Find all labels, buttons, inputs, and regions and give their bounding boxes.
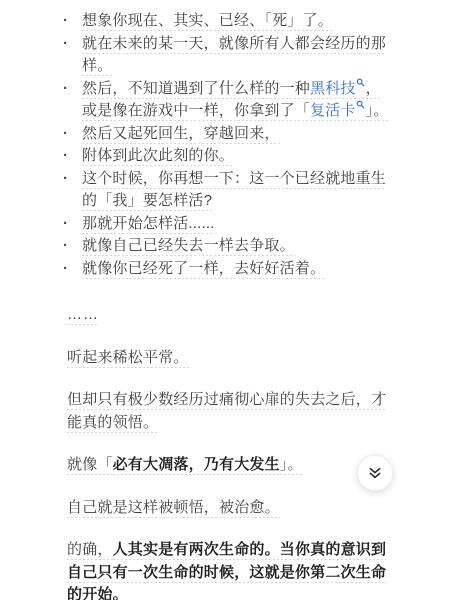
bullet-marker: · bbox=[63, 235, 68, 258]
paragraph: 自己就是这样被顿悟，被治愈。 bbox=[67, 497, 390, 520]
search-icon bbox=[356, 100, 365, 109]
text-segment: 想象你现在、其实、已经、「死」了。 bbox=[82, 12, 333, 31]
bullet-list: ·想象你现在、其实、已经、「死」了。·就在未来的某一天，就像所有人都会经历的那样… bbox=[67, 10, 390, 280]
bullet-item: ·就在未来的某一天，就像所有人都会经历的那样。 bbox=[82, 33, 390, 78]
bullet-marker: · bbox=[63, 78, 68, 101]
bullet-marker: · bbox=[63, 213, 68, 236]
bullet-marker: · bbox=[63, 258, 68, 281]
text-segment: 然后又起死回生，穿越回来， bbox=[82, 125, 280, 144]
text-segment: 听起来稀松平常。 bbox=[67, 349, 189, 368]
bullet-marker: · bbox=[63, 168, 68, 191]
text-segment: 」。 bbox=[366, 102, 389, 121]
text-segment: 但却只有极少数经历过痛彻心扉的失去之后，才能真的领悟。 bbox=[67, 391, 386, 433]
text-segment: 就像「 bbox=[67, 456, 113, 475]
bullet-marker: · bbox=[63, 10, 68, 33]
bullet-item: ·然后又起死回生，穿越回来， bbox=[82, 123, 390, 146]
scroll-to-bottom-button[interactable] bbox=[357, 455, 393, 491]
paragraph: …… bbox=[67, 304, 390, 327]
search-icon bbox=[356, 78, 365, 87]
bullet-item: ·附体到此次此刻的你。 bbox=[82, 145, 390, 168]
text-segment: 」。 bbox=[280, 456, 303, 475]
bullet-item: ·就像你已经死了一样，去好好活着。 bbox=[82, 258, 390, 281]
bullet-marker: · bbox=[63, 145, 68, 168]
text-segment: …… bbox=[67, 306, 99, 325]
bullet-item: ·想象你现在、其实、已经、「死」了。 bbox=[82, 10, 390, 33]
text-segment: 这个时候，你再想一下：这一个已经就地重生的「我」要怎样活? bbox=[82, 170, 386, 212]
text-segment: 就像自己已经失去一样去争取。 bbox=[82, 237, 295, 256]
text-segment: 自己就是这样被顿悟，被治愈。 bbox=[67, 499, 280, 518]
text-segment: 然后，不知道遇到了什么样的一种 bbox=[82, 80, 310, 99]
text-segment: 必有大凋落，乃有大发生 bbox=[113, 456, 280, 475]
paragraph: 的确，人其实是有两次生命的。当你真的意识到自己只有一次生命的时候，这就是你第二次… bbox=[67, 539, 390, 600]
bullet-item: ·然后，不知道遇到了什么样的一种黑科技，或是像在游戏中一样，你拿到了「复活卡」。 bbox=[82, 78, 390, 123]
text-segment: 就在未来的某一天，就像所有人都会经历的那样。 bbox=[82, 35, 386, 77]
text-segment: 那就开始怎样活...... bbox=[82, 215, 215, 234]
article-page: ·想象你现在、其实、已经、「死」了。·就在未来的某一天，就像所有人都会经历的那样… bbox=[0, 0, 456, 600]
article-paragraphs: ……听起来稀松平常。但却只有极少数经历过痛彻心扉的失去之后，才能真的领悟。就像「… bbox=[67, 304, 390, 600]
text-segment: 的确， bbox=[67, 541, 113, 560]
paragraph: 就像「必有大凋落，乃有大发生」。 bbox=[67, 454, 390, 477]
text-segment: 附体到此次此刻的你。 bbox=[82, 147, 234, 166]
bullet-marker: · bbox=[63, 33, 68, 56]
bullet-item: ·这个时候，你再想一下：这一个已经就地重生的「我」要怎样活? bbox=[82, 168, 390, 213]
paragraph: 听起来稀松平常。 bbox=[67, 347, 390, 370]
text-segment: 就像你已经死了一样，去好好活着。 bbox=[82, 260, 325, 279]
text-segment: 人其实是有两次生命的。当你真的意识到自己只有一次生命的时候，这就是你第二次生命的… bbox=[67, 541, 386, 600]
bullet-item: ·那就开始怎样活...... bbox=[82, 213, 390, 236]
inline-search-link[interactable]: 黑科技 bbox=[310, 80, 366, 99]
bullet-item: ·就像自己已经失去一样去争取。 bbox=[82, 235, 390, 258]
double-chevron-down-icon bbox=[367, 465, 383, 481]
paragraph: 但却只有极少数经历过痛彻心扉的失去之后，才能真的领悟。 bbox=[67, 389, 390, 434]
inline-search-link[interactable]: 复活卡 bbox=[310, 102, 366, 121]
bullet-marker: · bbox=[63, 123, 68, 146]
